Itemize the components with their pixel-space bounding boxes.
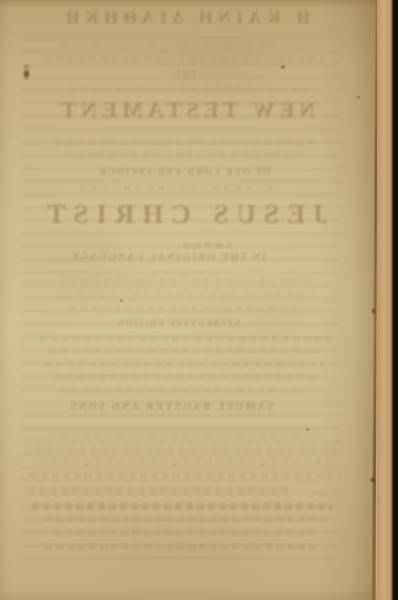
bleed-strip	[55, 530, 315, 536]
bleed-strip	[70, 86, 310, 91]
ink-speck	[371, 478, 375, 482]
bleed-strip	[55, 140, 315, 145]
bleed-strip	[183, 243, 231, 248]
bleed-strip	[45, 361, 325, 366]
bleed-line-series-title: Η ΚΑΙΝΗ ΔΙΑΘΗΚΗ	[22, 9, 348, 26]
bleed-strip	[45, 544, 315, 550]
bleed-line-original-lang: IN THE ORIGINAL LANGUAGE	[70, 253, 266, 263]
scan-black-edge	[391, 0, 398, 600]
bleed-strip	[80, 186, 280, 191]
bleed-strip	[55, 292, 315, 297]
ink-speck	[24, 71, 29, 77]
bleed-strip	[70, 306, 300, 311]
bleed-strip	[28, 486, 288, 492]
bleed-strip	[50, 348, 320, 353]
bleed-strip	[55, 374, 315, 379]
bleed-strip	[60, 388, 310, 393]
bleed-strip	[60, 44, 320, 49]
ink-speck	[120, 299, 123, 302]
bleed-strip	[32, 502, 332, 510]
bleed-strip	[35, 446, 335, 452]
bleed-strip	[30, 472, 340, 478]
bleed-strip	[60, 278, 310, 283]
bleed-line-publisher: SAMUEL BAGSTER AND SONS	[62, 402, 280, 413]
bleed-strip	[65, 152, 305, 157]
bleed-line-of-our-lord: OF OUR LORD AND SAVIOUR	[88, 168, 280, 177]
bleed-line-the: THE	[150, 70, 220, 78]
ink-speck	[306, 428, 309, 431]
scanned-page: Η ΚΑΙΝΗ ΔΙΑΘΗΚΗTHENEW TESTAMENTOF OUR LO…	[0, 0, 398, 600]
ink-speck	[372, 308, 376, 314]
ink-speck	[281, 65, 285, 69]
gutter-shadow	[318, 0, 376, 600]
bleed-strip	[45, 56, 325, 61]
bleed-strip	[40, 336, 330, 341]
bleed-strip	[45, 516, 325, 522]
bleed-line-jesus-christ: JESUS CHRIST	[30, 201, 336, 228]
ink-speck	[357, 96, 360, 99]
bleed-strip	[50, 432, 320, 437]
bleed-line-new-testament: NEW TESTAMENT	[40, 99, 332, 121]
bleed-strip	[40, 459, 330, 465]
bleed-line-edition: STEREOTYPE EDITION	[110, 318, 246, 327]
